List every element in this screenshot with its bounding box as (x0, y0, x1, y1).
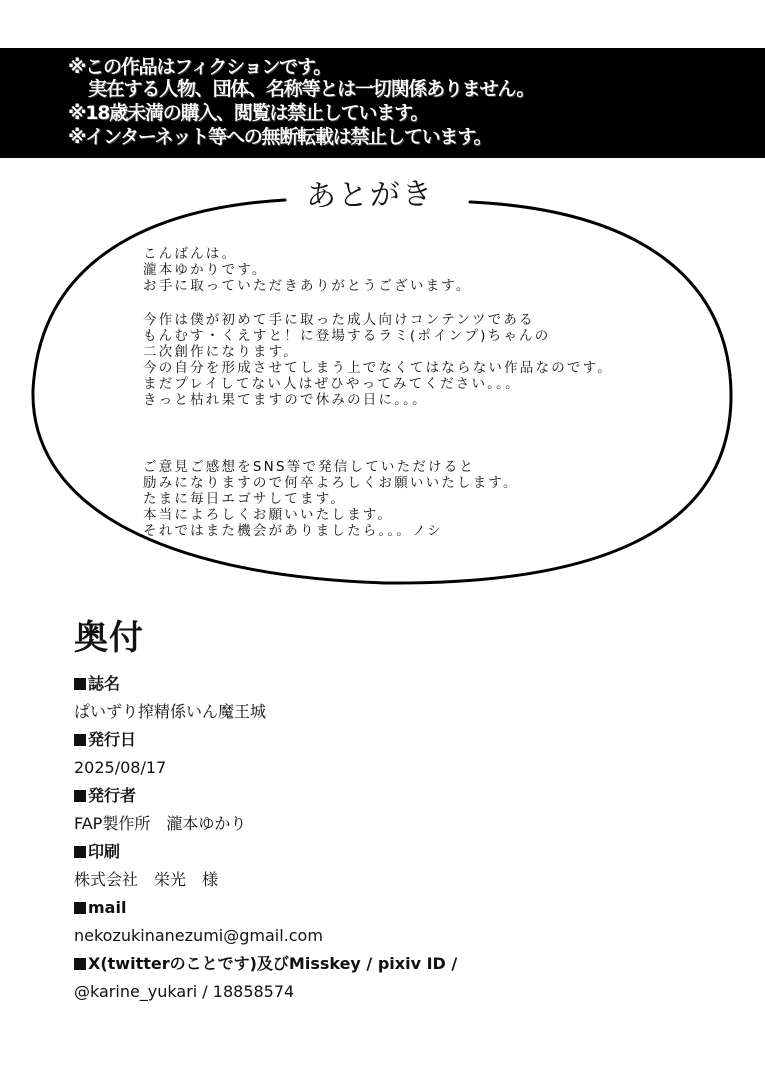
afterword-line: まだプレイしてない人はぜひやってみてください。。。 (143, 377, 521, 393)
email-value: nekozukinanezumi@gmail.com (74, 926, 323, 946)
afterword-line: 今の自分を形成させてしまう上でなくてはならない作品なのです。 (143, 361, 613, 377)
square-bullet-icon (74, 790, 86, 802)
afterword-title: あとがき (300, 177, 441, 215)
colophon-field-label: 発行者 (74, 786, 136, 806)
afterword-line: 二次創作になります。 (143, 345, 299, 361)
colophon-field-label: 誌名 (74, 674, 120, 694)
colophon-title: 奥付 (74, 610, 144, 659)
colophon-field-label: 印刷 (74, 842, 120, 862)
afterword-line: たまに毎日エゴサしてます。 (143, 492, 346, 508)
colophon-field-label: mail (74, 898, 126, 918)
social-ids-value: @karine_yukari / 18858574 (74, 982, 294, 1002)
square-bullet-icon (74, 846, 86, 858)
colophon-field-label: 発行日 (74, 730, 136, 750)
afterword-line: こんばんは。 (143, 247, 237, 263)
afterword-line: ご意見ご感想をSNS等で発信していただけると (143, 460, 475, 476)
colophon-field-label: X(twitterのことです)及びMisskey / pixiv ID / (74, 954, 457, 974)
square-bullet-icon (74, 902, 86, 914)
square-bullet-icon (74, 678, 86, 690)
afterword-line: 励みになりますので何卒よろしくお願いいたします。 (143, 476, 519, 492)
afterword-line: 今作は僕が初めて手に取った成人向けコンテンツである (143, 313, 535, 329)
afterword-line: 瀧本ゆかりです。 (143, 263, 268, 279)
afterword-line: もんむす・くえすと！に登場するラミ(ポインプ)ちゃんの (143, 329, 550, 345)
afterword-line: きっと枯れ果てますので休みの日に。。。 (143, 393, 428, 409)
afterword-line: 本当によろしくお願いいたします。 (143, 508, 393, 524)
colophon-field-value: ぱいずり搾精係いん魔王城 (74, 702, 266, 722)
colophon-field-value: 2025/08/17 (74, 758, 166, 778)
square-bullet-icon (74, 958, 86, 970)
colophon-field-value: FAP製作所 瀧本ゆかり (74, 814, 246, 834)
square-bullet-icon (74, 734, 86, 746)
afterword-line: お手に取っていただきありがとうございます。 (143, 279, 472, 295)
afterword-line: それではまた機会がありましたら。。。ノシ (143, 524, 443, 540)
colophon-field-value: 株式会社 栄光 様 (74, 870, 218, 890)
